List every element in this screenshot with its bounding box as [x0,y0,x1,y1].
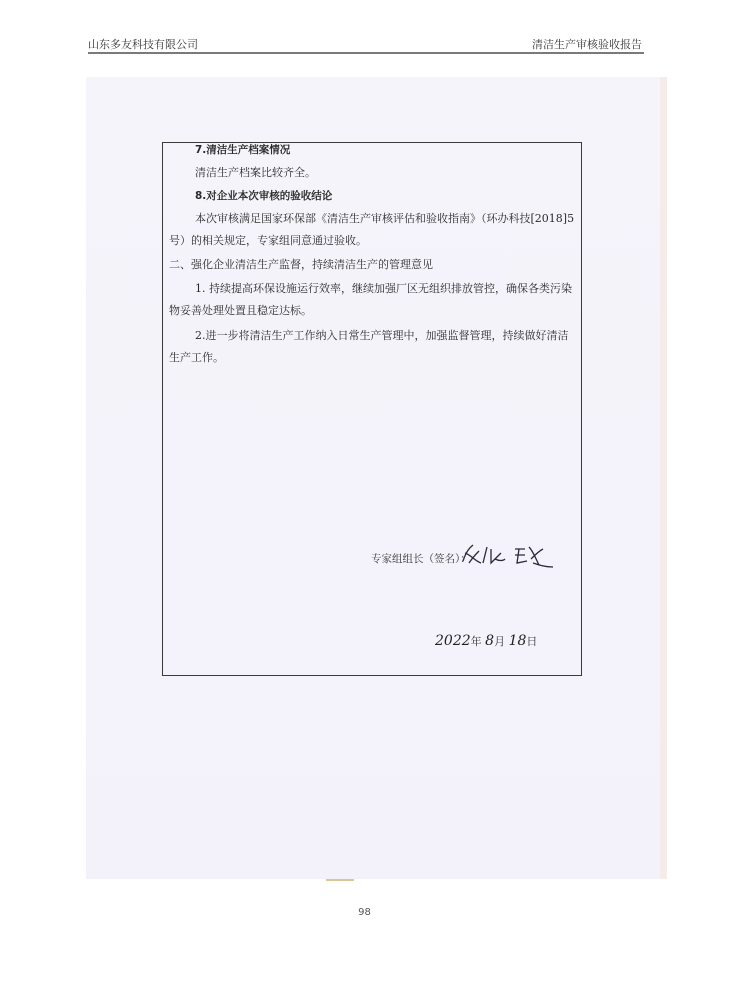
header-divider [88,52,644,54]
report-title: 清洁生产审核验收报告 [532,36,642,52]
section-management-opinion: 二、强化企业清洁生产监督，持续清洁生产的管理意见 [169,254,577,276]
scan-edge [660,77,667,879]
scanned-page: 7.清洁生产档案情况 清洁生产档案比较齐全。 8.对企业本次审核的验收结论 本次… [86,77,667,879]
page-header: 山东多友科技有限公司 清洁生产审核验收报告 [88,32,642,54]
date-day: 18 [509,633,527,649]
signature-label: 专家组组长（签名）： [371,551,471,566]
heading-archive: 7.清洁生产档案情况 [169,139,577,161]
company-name: 山东多友科技有限公司 [88,36,198,52]
heading-conclusion: 8.对企业本次审核的验收结论 [169,185,577,207]
archive-text: 清洁生产档案比较齐全。 [169,162,577,184]
signing-date: 2022年 8月 18日 [435,633,537,649]
date-day-suffix: 日 [526,635,537,648]
opinion-item-1: 1. 持续提高环保设施运行效率，继续加强厂区无组织排放管控，确保各类污染物妥善处… [169,278,577,322]
opinion-item-2: 2.进一步将清洁生产工作纳入日常生产管理中，加强监督管理，持续做好清洁生产工作。 [169,325,577,369]
date-year: 2022 [435,633,471,649]
conclusion-text: 本次审核满足国家环保部《清洁生产审核评估和验收指南》（环办科技[2018]5号）… [169,208,577,252]
handwritten-signature [459,541,559,571]
date-year-suffix: 年 [471,635,482,648]
scan-artifact [326,879,354,881]
page-number: 98 [0,907,729,918]
date-month-suffix: 月 [494,635,505,648]
date-month: 8 [485,633,494,649]
opinion-box: 7.清洁生产档案情况 清洁生产档案比较齐全。 8.对企业本次审核的验收结论 本次… [162,142,582,676]
